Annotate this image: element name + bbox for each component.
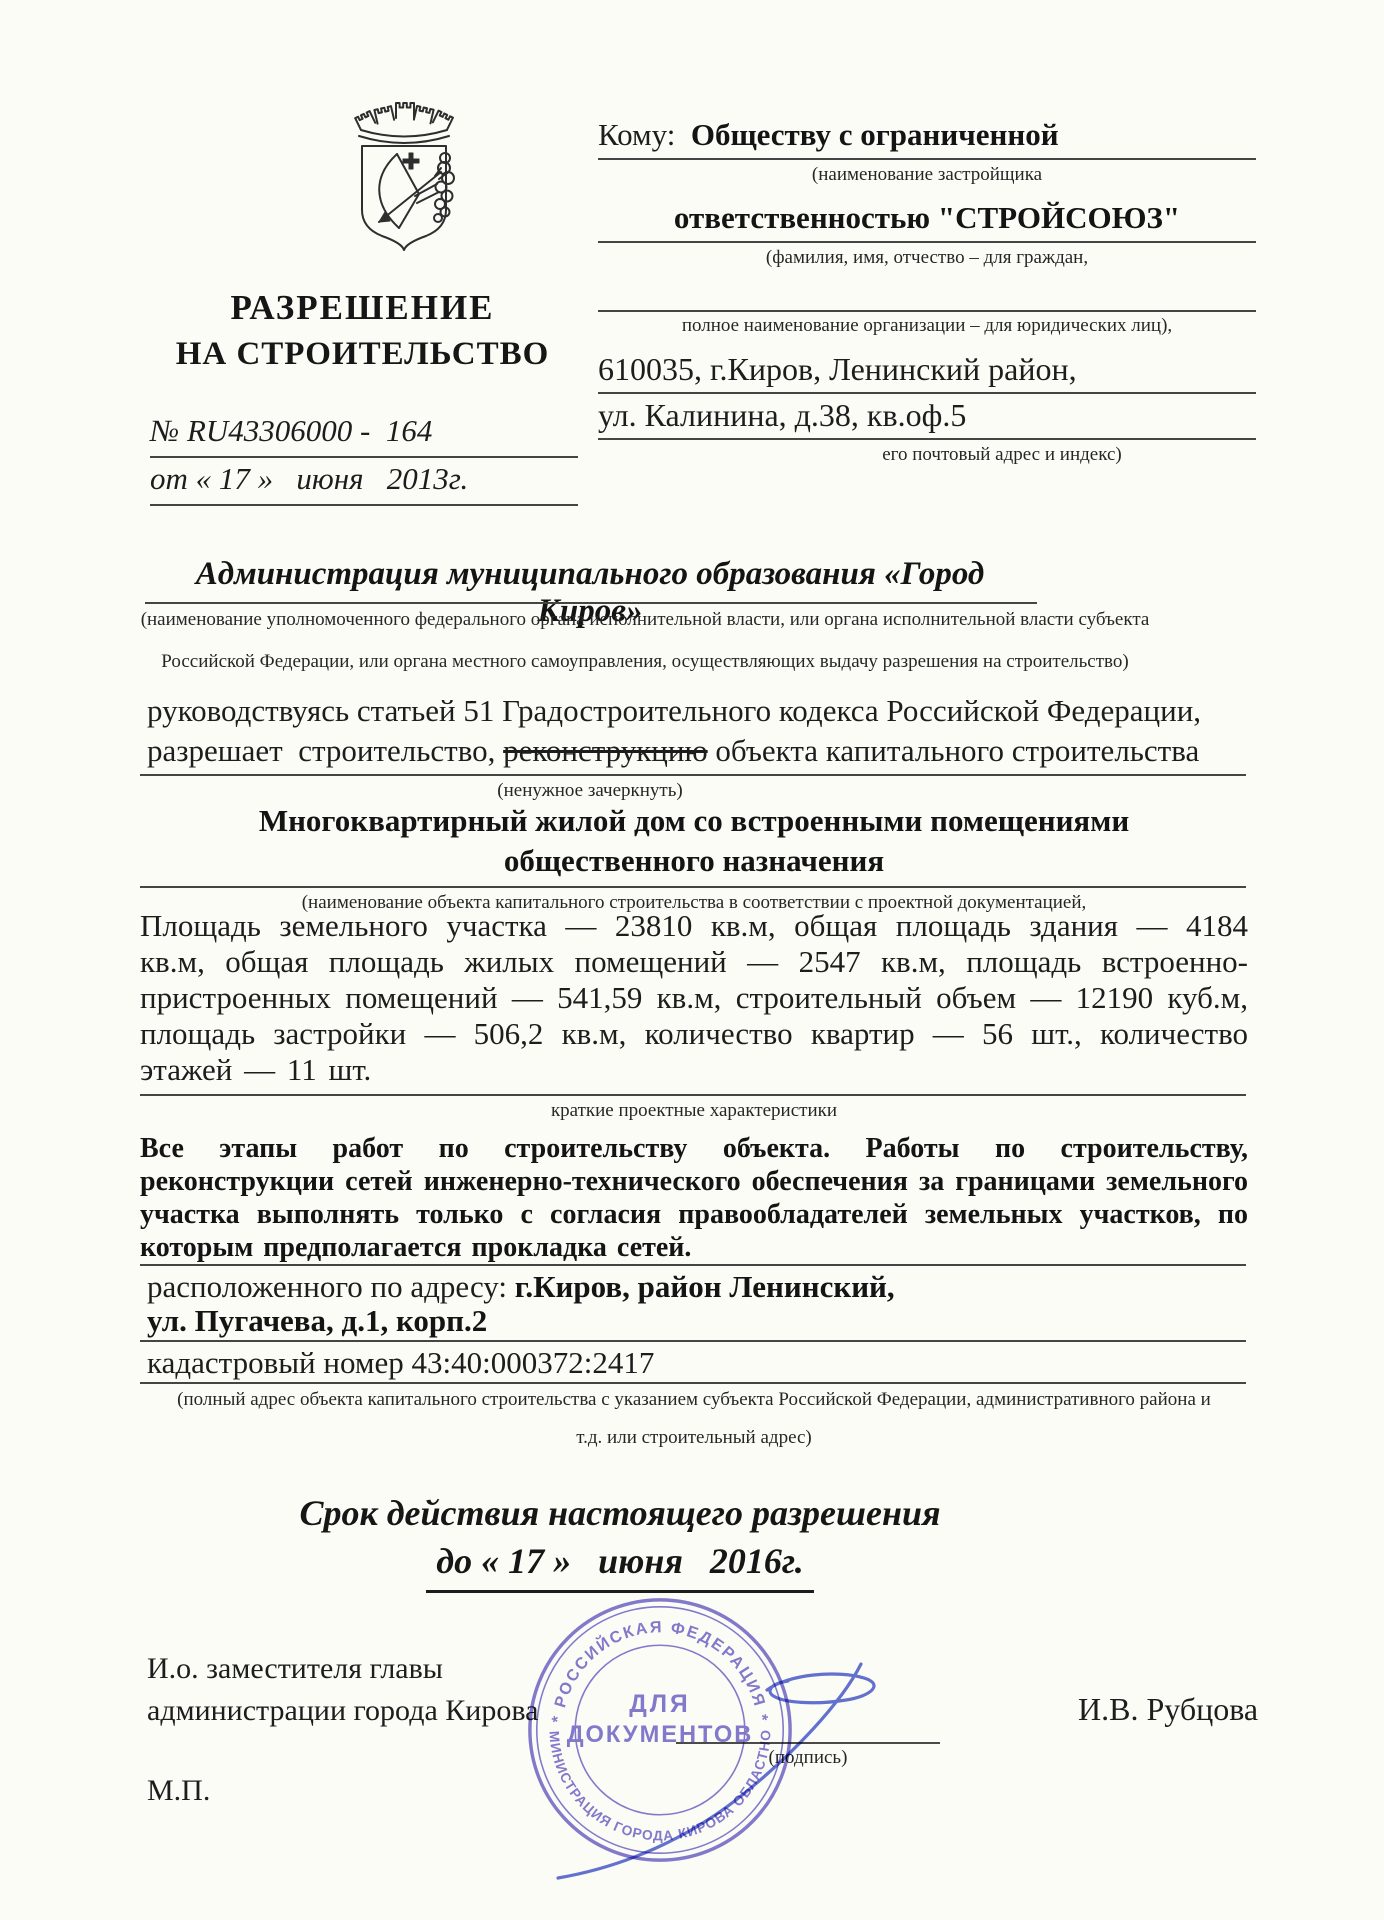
permission-line1: руководствуясь статьей 51 Градостроитель… <box>147 692 1252 730</box>
characteristics-hint: краткие проектные характеристики <box>140 1099 1248 1123</box>
object-name-line2: общественного назначения <box>140 842 1248 880</box>
hint-builder-name: (наименование застройщика <box>598 163 1256 187</box>
permission-line2: разрешает строительство, реконструкцию о… <box>147 732 1252 770</box>
location-label: расположенного по адресу: <box>147 1269 515 1304</box>
location-rule1 <box>140 1340 1246 1342</box>
signer-position-line2: администрации города Кирова <box>147 1692 538 1730</box>
authority-hint-line1: (наименование уполномоченного федерально… <box>135 608 1155 632</box>
location-hint-line2: т.д. или строительный адрес) <box>140 1426 1248 1450</box>
location-value-line2: ул. Пугачева, д.1, корп.2 <box>147 1302 1252 1340</box>
authority-rule <box>145 602 1037 604</box>
signer-name: И.В. Рубцова <box>1078 1690 1258 1728</box>
permission-struck-word: реконструкцию <box>503 733 708 768</box>
location-hint-line1: (полный адрес объекта капитального строи… <box>140 1388 1248 1412</box>
location-line1: расположенного по адресу: г.Киров, район… <box>147 1268 1252 1306</box>
stages-paragraph: Все этапы работ по строительству объекта… <box>140 1132 1248 1264</box>
hint-postal-address: его почтовый адрес и индекс) <box>598 443 1256 467</box>
hint-org-name: полное наименование организации – для юр… <box>598 314 1256 338</box>
addressee-address-line1: 610035, г.Киров, Ленинский район, <box>598 350 1256 394</box>
document-title-block: РАЗРЕШЕНИЕ НА СТРОИТЕЛЬСТВО <box>140 288 585 373</box>
addressee-name-part2: ответственностью "СТРОЙСОЮЗ" <box>598 199 1256 243</box>
addressee-block: Кому: Обществу с ограниченной (наименова… <box>598 116 1256 467</box>
signature-scribble <box>520 1628 960 1888</box>
addressee-label: Кому: <box>598 117 691 152</box>
authority-hint-line2: Российской Федерации, или органа местног… <box>135 650 1155 674</box>
permit-date: от « 17 » июня 2013г. <box>150 460 578 506</box>
addressee-name-part1: Обществу с ограниченной <box>691 117 1059 152</box>
location-rule2 <box>140 1382 1246 1384</box>
stages-rule <box>140 1264 1246 1266</box>
characteristics-rule <box>140 1094 1246 1096</box>
addressee-line1: Кому: Обществу с ограниченной <box>598 116 1256 160</box>
object-name-line1: Многоквартирный жилой дом со встроенными… <box>140 802 1248 840</box>
document-title-line1: РАЗРЕШЕНИЕ <box>140 288 585 328</box>
permit-number: № RU43306000 - 164 <box>150 412 578 458</box>
construction-permit-document: РАЗРЕШЕНИЕ НА СТРОИТЕЛЬСТВО № RU43306000… <box>0 0 1384 1920</box>
location-value-line1: г.Киров, район Ленинский, <box>515 1269 895 1304</box>
seal-place-mark: М.П. <box>147 1772 210 1810</box>
addressee-rule <box>598 310 1256 312</box>
hint-person-name: (фамилия, имя, отчество – для граждан, <box>598 246 1256 270</box>
permission-line2-suffix: объекта капитального строительства <box>708 733 1200 768</box>
object-rule <box>140 886 1246 888</box>
signer-position-line1: И.о. заместителя главы <box>147 1650 443 1688</box>
validity-line1: Срок действия настоящего разрешения <box>140 1492 1100 1534</box>
validity-line2-wrap: до « 17 » июня 2016г. <box>140 1540 1100 1593</box>
permission-hint: (ненужное зачеркнуть) <box>145 779 1035 803</box>
location-cadastral: кадастровый номер 43:40:000372:2417 <box>147 1344 1252 1382</box>
permission-line2-prefix: разрешает строительство, <box>147 733 503 768</box>
characteristics-paragraph: Площадь земельного участка — 23810 кв.м,… <box>140 908 1248 1088</box>
kirov-coat-of-arms-icon <box>348 90 460 252</box>
validity-line2: до « 17 » июня 2016г. <box>426 1540 814 1593</box>
addressee-address-line2: ул. Калинина, д.38, кв.оф.5 <box>598 396 1256 440</box>
document-title-line2: НА СТРОИТЕЛЬСТВО <box>140 336 585 373</box>
permission-rule <box>140 774 1246 776</box>
